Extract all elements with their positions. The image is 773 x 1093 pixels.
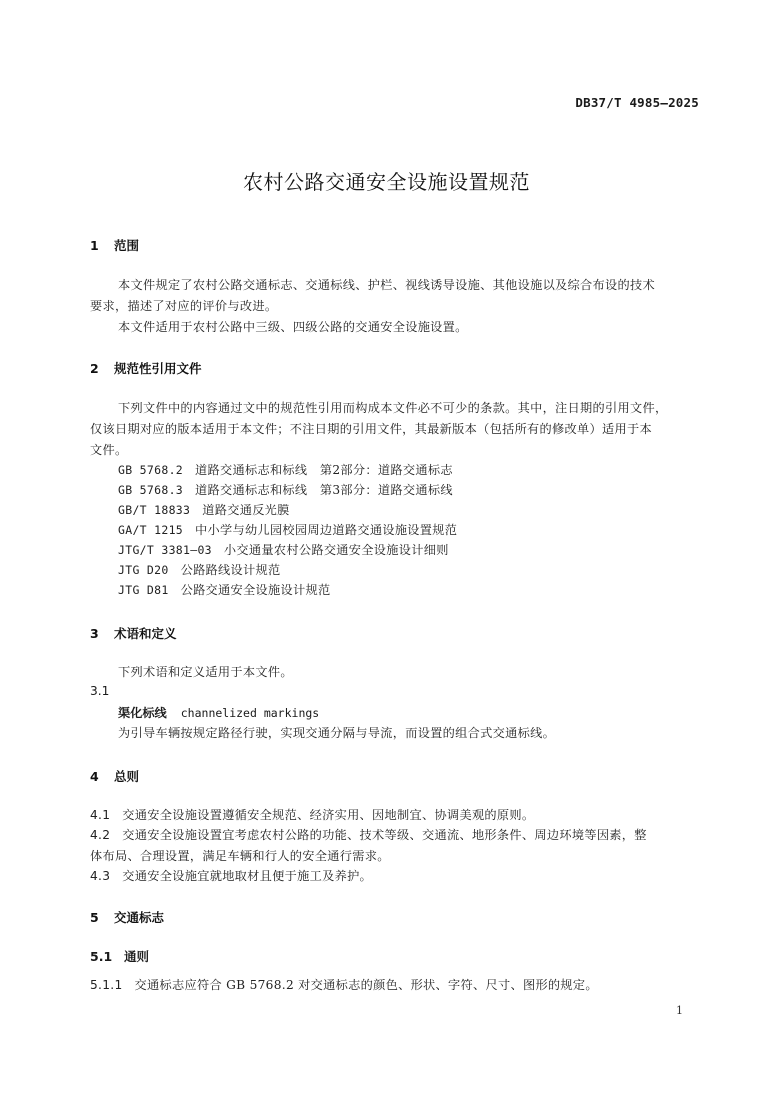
page-title: 农村公路交通安全设施设置规范 — [0, 166, 773, 195]
reference-code: GB 5768.2 — [118, 463, 183, 477]
clause-number: 4.2 — [90, 828, 110, 842]
section-3-heading: 3术语和定义 — [90, 624, 177, 642]
section-4-heading: 4总则 — [90, 767, 139, 785]
section-number: 1 — [90, 238, 114, 253]
section-title: 术语和定义 — [114, 626, 177, 641]
reference-code: GB 5768.3 — [118, 483, 183, 497]
paragraph: 本文件适用于农村公路中三级、四级公路的交通安全设施设置。 — [118, 318, 468, 335]
clause: 5.1.1交通标志应符合 GB 5768.2 对交通标志的颜色、形状、字符、尺寸… — [90, 976, 598, 993]
paragraph: 要求，描述了对应的评价与改进。 — [90, 297, 277, 314]
clause-text: 交通安全设施宜就地取材且便于施工及养护。 — [122, 869, 372, 883]
reference-item: GB 5768.2道路交通标志和标线 第2部分：道路交通标志 — [118, 461, 453, 478]
clause: 4.3交通安全设施宜就地取材且便于施工及养护。 — [90, 867, 372, 884]
reference-item: JTG D20公路路线设计规范 — [118, 561, 280, 578]
reference-item: GB/T 18833道路交通反光膜 — [118, 501, 290, 518]
clause-number: 5.1.1 — [90, 978, 123, 992]
section-number: 5 — [90, 910, 114, 925]
paragraph: 仅该日期对应的版本适用于本文件；不注日期的引用文件，其最新版本（包括所有的修改单… — [90, 420, 652, 437]
reference-item: GB 5768.3道路交通标志和标线 第3部分：道路交通标线 — [118, 481, 453, 498]
reference-code: GA/T 1215 — [118, 523, 183, 537]
reference-title: 公路交通安全设施设计规范 — [181, 583, 331, 597]
reference-item: GA/T 1215中小学与幼儿园校园周边道路交通设施设置规范 — [118, 521, 457, 538]
subsection-title: 通则 — [124, 949, 149, 964]
reference-title: 道路交通标志和标线 第3部分：道路交通标线 — [195, 483, 453, 497]
section-title: 规范性引用文件 — [114, 361, 202, 376]
document-page: DB37/T 4985—2025 农村公路交通安全设施设置规范 1范围 本文件规… — [0, 0, 773, 1093]
term-chinese: 渠化标线 — [118, 706, 167, 720]
reference-code: GB/T 18833 — [118, 503, 190, 517]
reference-title: 道路交通标志和标线 第2部分：道路交通标志 — [195, 463, 453, 477]
page-number: 1 — [676, 1004, 683, 1017]
section-title: 交通标志 — [114, 910, 164, 925]
reference-code: JTG/T 3381—03 — [118, 543, 212, 557]
reference-code: JTG D20 — [118, 563, 169, 577]
paragraph: 本文件规定了农村公路交通标志、交通标线、护栏、视线诱导设施、其他设施以及综合布设… — [118, 276, 655, 293]
section-title: 总则 — [114, 769, 139, 784]
reference-title: 小交通量农村公路交通安全设施设计细则 — [224, 543, 449, 557]
clause: 4.2交通安全设施设置宜考虑农村公路的功能、技术等级、交通流、地形条件、周边环境… — [90, 826, 647, 843]
section-5-heading: 5交通标志 — [90, 908, 164, 926]
reference-title: 中小学与幼儿园校园周边道路交通设施设置规范 — [195, 523, 457, 537]
standard-number: DB37/T 4985—2025 — [575, 95, 699, 110]
term-entry: 渠化标线channelized markings — [118, 704, 319, 722]
term-english: channelized markings — [181, 706, 319, 720]
reference-item: JTG/T 3381—03小交通量农村公路交通安全设施设计细则 — [118, 541, 449, 558]
subsection-5-1-heading: 5.1通则 — [90, 947, 149, 965]
term-definition: 为引导车辆按规定路径行驶，实现交通分隔与导流，而设置的组合式交通标线。 — [118, 724, 555, 741]
reference-title: 道路交通反光膜 — [202, 503, 289, 517]
section-number: 2 — [90, 361, 114, 376]
section-1-heading: 1范围 — [90, 236, 139, 254]
section-number: 4 — [90, 769, 114, 784]
section-number: 3 — [90, 626, 114, 641]
section-2-heading: 2规范性引用文件 — [90, 359, 202, 377]
term-number: 3.1 — [90, 684, 109, 698]
clause-number: 4.3 — [90, 869, 110, 883]
clause-number: 4.1 — [90, 808, 110, 822]
subsection-number: 5.1 — [90, 949, 124, 964]
reference-title: 公路路线设计规范 — [181, 563, 281, 577]
clause-text: 交通标志应符合 GB 5768.2 对交通标志的颜色、形状、字符、尺寸、图形的规… — [135, 978, 598, 992]
clause-text: 交通安全设施设置遵循安全规范、经济实用、因地制宜、协调美观的原则。 — [122, 808, 534, 822]
reference-code: JTG D81 — [118, 583, 169, 597]
reference-item: JTG D81公路交通安全设施设计规范 — [118, 581, 330, 598]
clause: 4.1交通安全设施设置遵循安全规范、经济实用、因地制宜、协调美观的原则。 — [90, 806, 534, 823]
paragraph: 下列术语和定义适用于本文件。 — [118, 663, 293, 680]
paragraph: 下列文件中的内容通过文中的规范性引用而构成本文件必不可少的条款。其中，注日期的引… — [118, 399, 667, 416]
section-title: 范围 — [114, 238, 139, 253]
clause-continuation: 体布局、合理设置，满足车辆和行人的安全通行需求。 — [90, 847, 390, 864]
paragraph: 文件。 — [90, 441, 127, 458]
clause-text: 交通安全设施设置宜考虑农村公路的功能、技术等级、交通流、地形条件、周边环境等因素… — [122, 828, 646, 842]
